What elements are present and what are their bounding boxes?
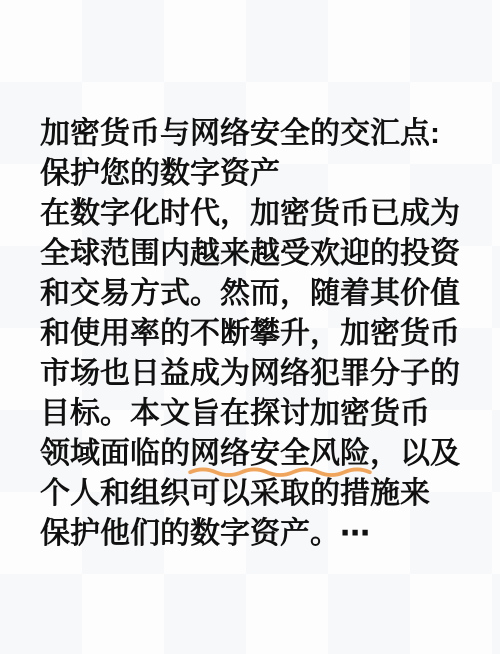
body-line-7: 领域面临的网络安全风险，以及 bbox=[40, 434, 462, 474]
highlighted-keyword: 网络安全风险 bbox=[190, 437, 370, 470]
body-line-7-post: ，以及 bbox=[370, 437, 460, 470]
article-title-line-1: 加密货币与网络安全的交汇点: bbox=[40, 114, 462, 154]
body-line-8: 个人和组织可以采取的措施来 bbox=[40, 474, 462, 514]
body-line-7-pre: 领域面临的 bbox=[40, 437, 190, 470]
wavy-underline-icon bbox=[188, 465, 372, 475]
article-text-block: 加密货币与网络安全的交汇点: 保护您的数字资产 在数字化时代，加密货币已成为 全… bbox=[40, 114, 462, 554]
body-line-1: 在数字化时代，加密货币已成为 bbox=[40, 194, 462, 234]
body-line-5: 市场也日益成为网络犯罪分子的 bbox=[40, 354, 462, 394]
body-line-3: 和交易方式。然而，随着其价值 bbox=[40, 274, 462, 314]
body-line-2: 全球范围内越来越受欢迎的投资 bbox=[40, 234, 462, 274]
body-line-4: 和使用率的不断攀升，加密货币 bbox=[40, 314, 462, 354]
article-page: { "page": { "background_color": "#fdfdfe… bbox=[0, 0, 500, 654]
body-line-6: 目标。本文旨在探讨加密货币 bbox=[40, 394, 462, 434]
article-title-line-2: 保护您的数字资产 bbox=[40, 154, 462, 194]
body-line-9: 保护他们的数字资产。⋯ bbox=[40, 514, 462, 554]
